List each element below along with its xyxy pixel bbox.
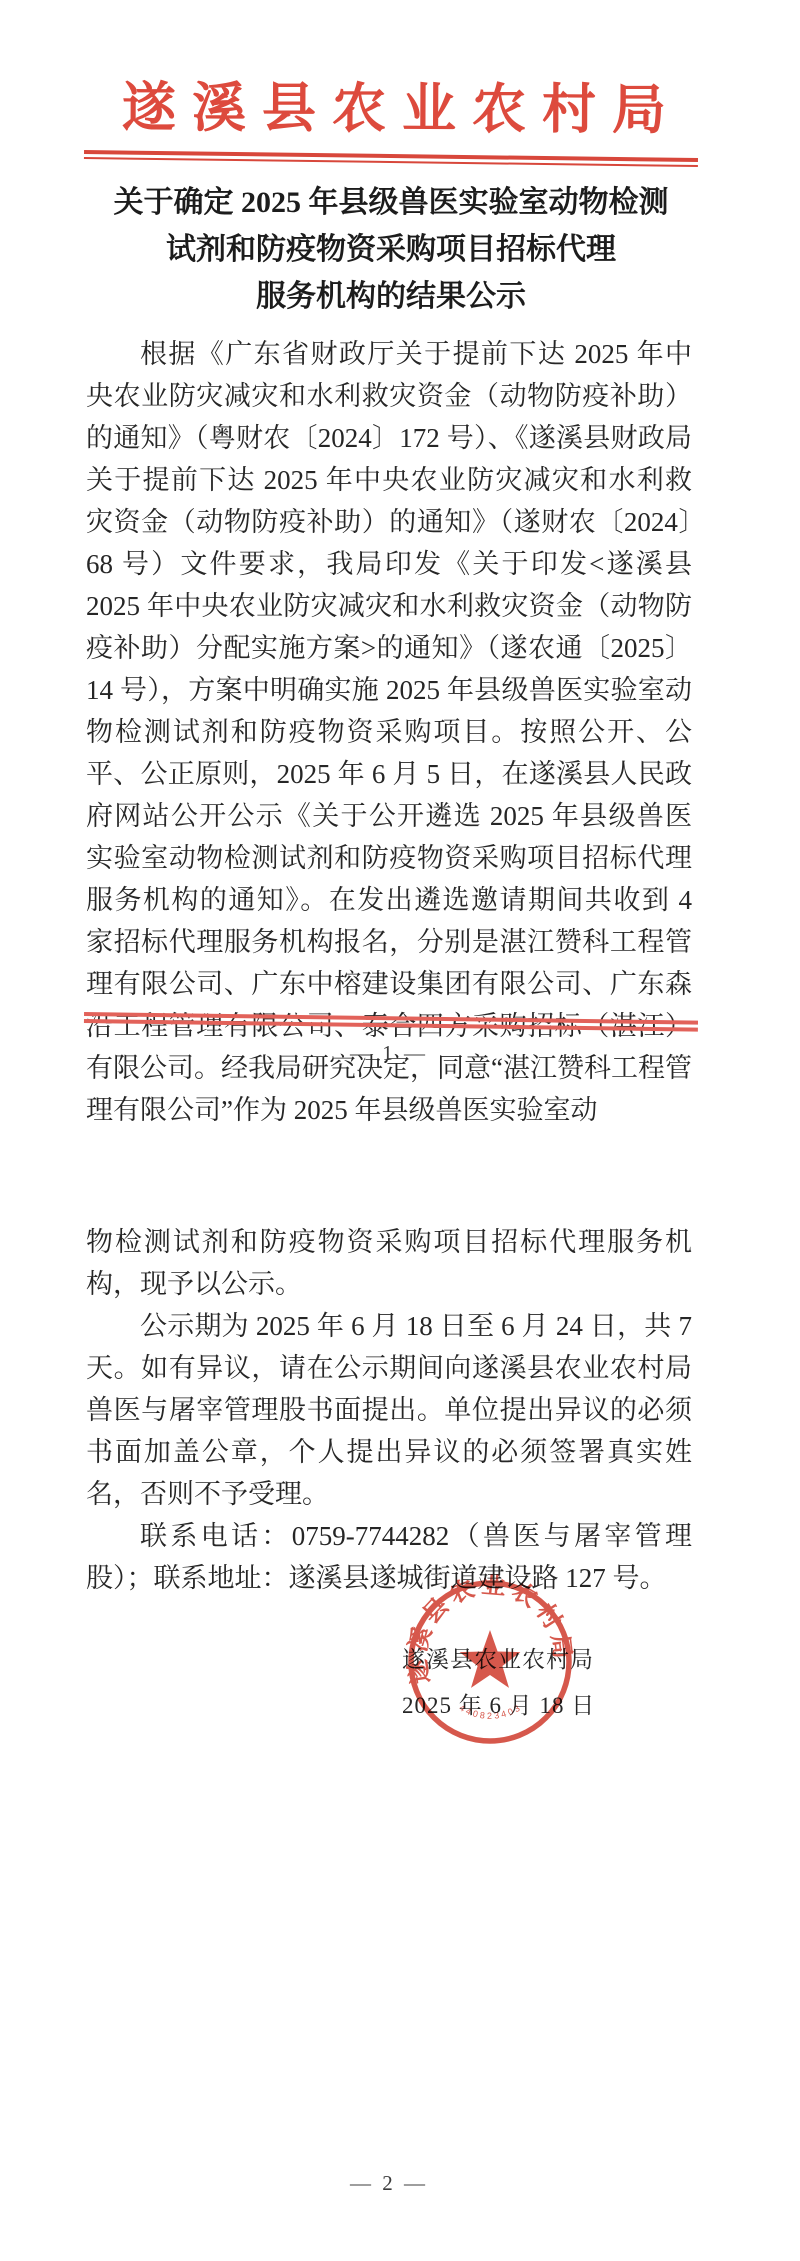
page2-body: 物检测试剂和防疫物资采购项目招标代理服务机构，现予以公示。 公示期为 2025 … <box>86 1221 692 1599</box>
page-number-1: — 1 — <box>86 1041 692 1066</box>
body-paragraph-contact-info: 联系电话：0759-7744282（兽医与屠宰管理股）；联系地址：遂溪县遂城街道… <box>86 1515 692 1599</box>
page-number-2: — 2 — <box>86 2171 692 2196</box>
document-title: 关于确定 2025 年县级兽医实验室动物检测 试剂和防疫物资采购项目招标代理 服… <box>84 179 698 320</box>
document-title-line-3: 服务机构的结果公示 <box>84 273 698 320</box>
letterhead-double-rule <box>84 150 698 167</box>
scanned-official-document: 遂溪县农业农村局 关于确定 2025 年县级兽医实验室动物检测 试剂和防疫物资采… <box>0 0 800 2261</box>
official-seal: 遂溪县农业农村局 4408234035696 <box>402 1574 578 1750</box>
body-paragraph: 物检测试剂和防疫物资采购项目招标代理服务机构，现予以公示。 <box>86 1221 692 1305</box>
star-icon <box>460 1630 521 1688</box>
page1-body: 根据《广东省财政厅关于提前下达 2025 年中央农业防灾减灾和水利救灾资金（动物… <box>86 333 692 1131</box>
document-title-line-1: 关于确定 2025 年县级兽医实验室动物检测 <box>84 179 698 226</box>
body-paragraph: 根据《广东省财政厅关于提前下达 2025 年中央农业防灾减灾和水利救灾资金（动物… <box>86 333 692 1131</box>
body-paragraph: 公示期为 2025 年 6 月 18 日至 6 月 24 日，共 7 天。如有异… <box>86 1305 692 1515</box>
letterhead-agency-title: 遂溪县农业农村局 <box>84 65 704 145</box>
document-title-line-2: 试剂和防疫物资采购项目招标代理 <box>84 226 698 273</box>
